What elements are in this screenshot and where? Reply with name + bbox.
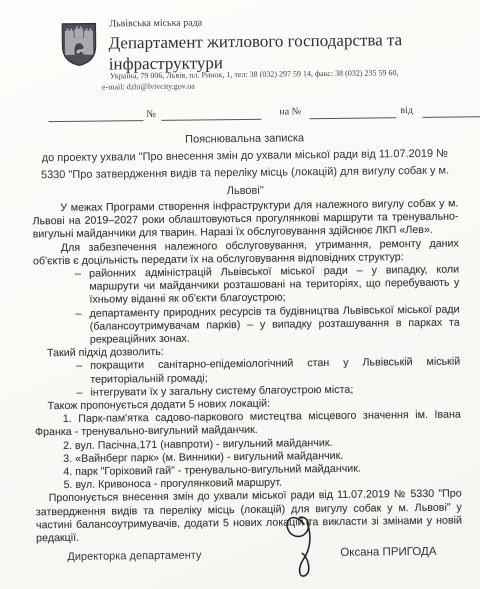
council-name: Львівська міська рада — [109, 17, 202, 29]
reply-number-blank — [309, 106, 396, 119]
reply-to-number-label: на № — [279, 106, 301, 117]
paragraph-proposal: Пропонується внесення змін до ухвали міс… — [36, 488, 463, 546]
document-title: Пояснювальна записка до проекту ухвали "… — [32, 129, 459, 203]
structure-item: департаменту природних ресурсів та будів… — [90, 303, 460, 347]
paragraph-program: У межах Програми створення інфраструктур… — [32, 198, 458, 242]
benefit-item: покращити санітарно-епідеміологічний ста… — [90, 356, 460, 387]
list-item: – департаменту природних ресурсів та буд… — [34, 303, 460, 347]
reply-date-label: від — [400, 105, 413, 116]
document-body: У межах Програми створення інфраструктур… — [32, 198, 462, 546]
dash-marker: – — [76, 360, 90, 387]
address-line: Україна, 79 006, Львів, пл. Ринок, 1, те… — [110, 68, 399, 80]
email-line: e-mail: dzhi@lvivcity.gov.ua — [102, 82, 195, 92]
lviv-coat-of-arms-icon — [60, 22, 98, 67]
number-label: № — [146, 109, 156, 120]
structure-item: районних адміністрацій Львівської місько… — [89, 264, 459, 308]
dash-marker: – — [76, 387, 90, 400]
department-name: Департамент житлового господарства та ін… — [108, 29, 458, 75]
handwritten-signature-icon — [279, 507, 328, 588]
document-page: Львівська міська рада Департамент житлов… — [0, 0, 480, 589]
list-item: – районних адміністрацій Львівської місь… — [33, 264, 459, 308]
dash-marker: – — [76, 307, 90, 347]
scanned-sheet: Львівська міська рада Департамент житлов… — [0, 0, 480, 589]
outgoing-number-blank — [161, 108, 261, 121]
dash-marker: – — [75, 268, 89, 308]
outgoing-date-blank — [48, 109, 143, 122]
reply-date-blank — [422, 105, 480, 118]
signer-name: Оксана ПРИГОДА — [340, 546, 436, 559]
signer-position: Директорка департаменту — [67, 549, 201, 563]
